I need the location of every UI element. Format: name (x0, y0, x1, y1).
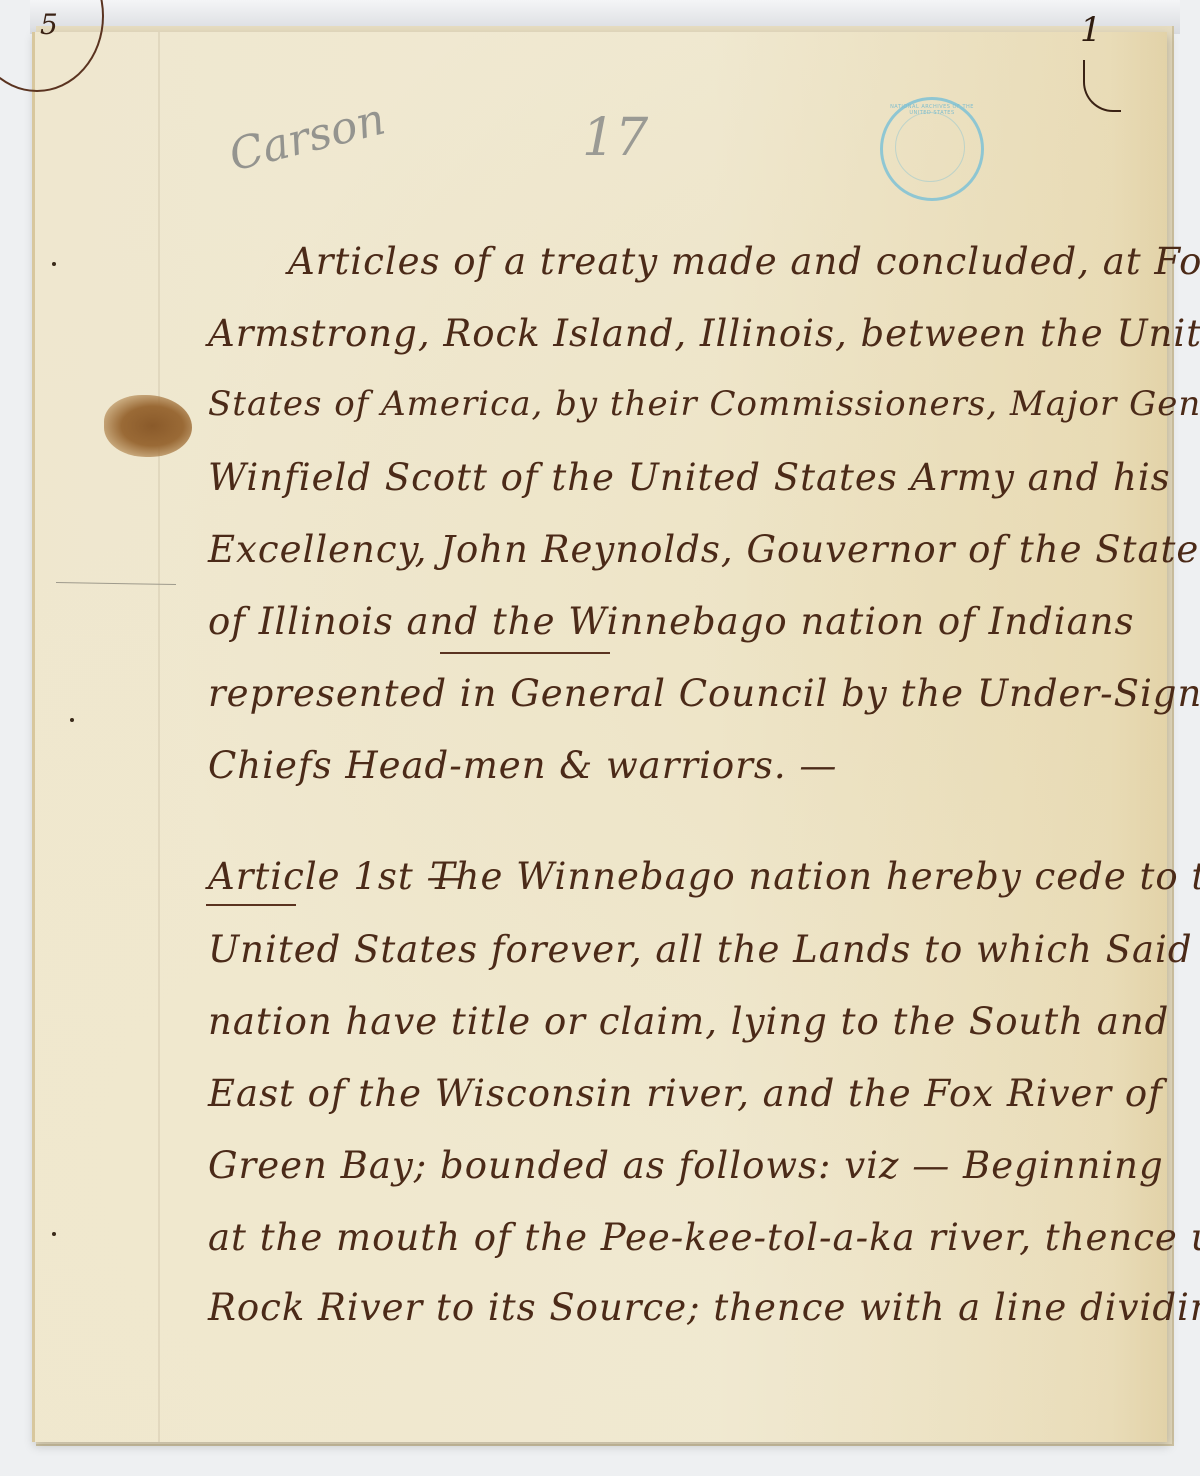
preamble-line-1: Articles of a treaty made and concluded,… (288, 240, 1200, 283)
preamble-line-5: Excellency, John Reynolds, Gouvernor of … (208, 528, 1199, 571)
article-1-line-4: East of the Wisconsin river, and the Fox… (208, 1072, 1163, 1115)
article-heading-underline (206, 904, 296, 906)
article-1-line-3: nation have title or claim, lying to the… (208, 1000, 1169, 1043)
winnebago-underline (440, 652, 610, 654)
ink-dot (52, 1232, 56, 1236)
ink-stain (104, 395, 192, 457)
stamp-text: NATIONAL ARCHIVES OF THE UNITED STATES (883, 104, 981, 116)
preamble-line-3: States of America, by their Commissioner… (208, 384, 1200, 424)
article-1-line-1: The Winnebago nation hereby cede to the (430, 855, 1200, 898)
preamble-line-8: Chiefs Head-men & warriors. — (208, 744, 837, 787)
preamble-line-2: Armstrong, Rock Island, Illinois, betwee… (208, 312, 1200, 355)
pencil-annotation-number: 17 (582, 108, 648, 168)
preamble-line-4: Winfield Scott of the United States Army… (208, 456, 1171, 499)
ink-dot (52, 262, 56, 266)
paper-fold-line (158, 32, 160, 1442)
page-number: 1 (1080, 10, 1102, 50)
preamble-line-7: represented in General Council by the Un… (208, 672, 1200, 715)
article-1-line-6: at the mouth of the Pee-kee-tol-a-ka riv… (208, 1216, 1200, 1259)
page-number-text: 1 (1080, 10, 1102, 50)
pinhole (70, 718, 74, 722)
article-1-line-2: United States forever, all the Lands to … (208, 928, 1193, 971)
preamble-line-6: of Illinois and the Winnebago nation of … (208, 600, 1135, 643)
article-1-heading: Article 1st — (208, 855, 464, 898)
archives-stamp-icon: NATIONAL ARCHIVES OF THE UNITED STATES (880, 97, 984, 201)
article-1-line-7: Rock River to its Source; thence with a … (208, 1286, 1200, 1329)
stamp-inner-ring (895, 112, 965, 182)
article-1-line-5: Green Bay; bounded as follows: viz — Beg… (208, 1144, 1164, 1187)
